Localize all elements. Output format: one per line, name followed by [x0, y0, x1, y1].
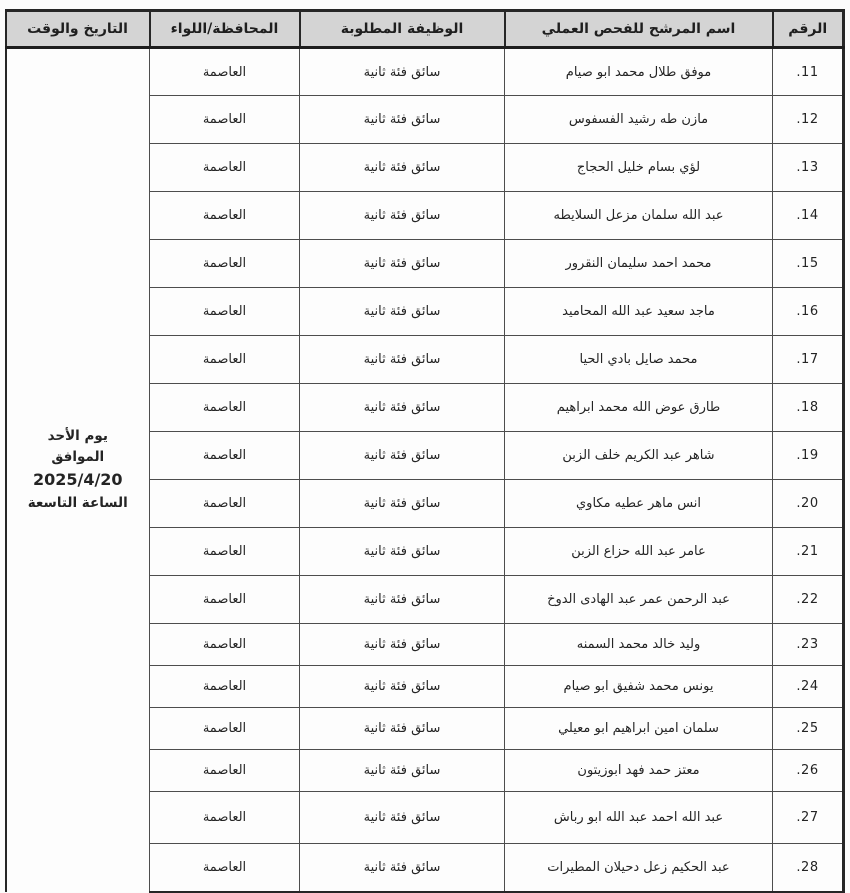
job-cell: سائق فئة ثانية: [300, 528, 505, 576]
job-cell: سائق فئة ثانية: [300, 708, 505, 750]
name-cell: وليد خالد محمد السمنه: [505, 624, 773, 666]
job-cell: سائق فئة ثانية: [300, 48, 505, 96]
datetime-line: الساعة التاسعة: [13, 493, 144, 514]
name-cell: يونس محمد شفيق ابو صيام: [505, 666, 773, 708]
header-number: الرقم: [773, 11, 844, 48]
table-row: 11.موفق طلال محمد ابو صيامسائق فئة ثانية…: [6, 48, 844, 96]
number-cell: 17.: [773, 336, 844, 384]
job-cell: سائق فئة ثانية: [300, 144, 505, 192]
governorate-cell: العاصمة: [150, 96, 300, 144]
name-cell: عبد الله احمد عبد الله ابو رباش: [505, 792, 773, 844]
governorate-cell: العاصمة: [150, 576, 300, 624]
job-cell: سائق فئة ثانية: [300, 96, 505, 144]
job-cell: سائق فئة ثانية: [300, 844, 505, 892]
governorate-cell: العاصمة: [150, 708, 300, 750]
name-cell: شاهر عبد الكريم خلف الزبن: [505, 432, 773, 480]
table-body: 11.موفق طلال محمد ابو صيامسائق فئة ثانية…: [6, 48, 844, 892]
job-cell: سائق فئة ثانية: [300, 240, 505, 288]
governorate-cell: العاصمة: [150, 792, 300, 844]
datetime-cell: يوم الأحدالموافق2025/4/20الساعة التاسعة: [6, 48, 150, 892]
number-cell: 26.: [773, 750, 844, 792]
name-cell: محمد احمد سليمان النقرور: [505, 240, 773, 288]
name-cell: طارق عوض الله محمد ابراهيم: [505, 384, 773, 432]
job-cell: سائق فئة ثانية: [300, 792, 505, 844]
datetime-line: الموافق: [13, 447, 144, 468]
header-datetime: التاريخ والوقت: [6, 11, 150, 48]
number-cell: 19.: [773, 432, 844, 480]
governorate-cell: العاصمة: [150, 336, 300, 384]
governorate-cell: العاصمة: [150, 384, 300, 432]
number-cell: 22.: [773, 576, 844, 624]
number-cell: 18.: [773, 384, 844, 432]
governorate-cell: العاصمة: [150, 750, 300, 792]
job-cell: سائق فئة ثانية: [300, 480, 505, 528]
job-cell: سائق فئة ثانية: [300, 288, 505, 336]
name-cell: مازن طه رشيد الفسفوس: [505, 96, 773, 144]
governorate-cell: العاصمة: [150, 432, 300, 480]
number-cell: 15.: [773, 240, 844, 288]
name-cell: لؤي بسام خليل الحجاج: [505, 144, 773, 192]
number-cell: 14.: [773, 192, 844, 240]
name-cell: انس ماهر عطيه مكاوي: [505, 480, 773, 528]
header-governorate: المحافظة/اللواء: [150, 11, 300, 48]
name-cell: ماجد سعيد عبد الله المحاميد: [505, 288, 773, 336]
name-cell: عبد الحكيم زعل دحيلان المطيرات: [505, 844, 773, 892]
governorate-cell: العاصمة: [150, 48, 300, 96]
job-cell: سائق فئة ثانية: [300, 336, 505, 384]
number-cell: 21.: [773, 528, 844, 576]
governorate-cell: العاصمة: [150, 480, 300, 528]
governorate-cell: العاصمة: [150, 844, 300, 892]
governorate-cell: العاصمة: [150, 528, 300, 576]
job-cell: سائق فئة ثانية: [300, 750, 505, 792]
name-cell: عبد الرحمن عمر عبد الهادى الدوخ: [505, 576, 773, 624]
number-cell: 12.: [773, 96, 844, 144]
job-cell: سائق فئة ثانية: [300, 432, 505, 480]
header-job: الوظيفة المطلوبة: [300, 11, 505, 48]
table-header: الرقم اسم المرشح للفحص العملي الوظيفة ال…: [6, 11, 844, 48]
number-cell: 16.: [773, 288, 844, 336]
number-cell: 24.: [773, 666, 844, 708]
governorate-cell: العاصمة: [150, 666, 300, 708]
name-cell: معتز حمد فهد ابوزيتون: [505, 750, 773, 792]
governorate-cell: العاصمة: [150, 192, 300, 240]
number-cell: 23.: [773, 624, 844, 666]
datetime-line: يوم الأحد: [13, 426, 144, 447]
name-cell: سلمان امين ابراهيم ابو معيلي: [505, 708, 773, 750]
candidates-table: الرقم اسم المرشح للفحص العملي الوظيفة ال…: [5, 9, 846, 893]
number-cell: 13.: [773, 144, 844, 192]
number-cell: 11.: [773, 48, 844, 96]
number-cell: 20.: [773, 480, 844, 528]
job-cell: سائق فئة ثانية: [300, 624, 505, 666]
name-cell: عبد الله سلمان مزعل السلايطه: [505, 192, 773, 240]
name-cell: محمد صايل بادي الحيا: [505, 336, 773, 384]
number-cell: 28.: [773, 844, 844, 892]
governorate-cell: العاصمة: [150, 240, 300, 288]
document-page: الرقم اسم المرشح للفحص العملي الوظيفة ال…: [0, 0, 850, 893]
name-cell: عامر عبد الله حزاع الزبن: [505, 528, 773, 576]
number-cell: 25.: [773, 708, 844, 750]
datetime-line: 2025/4/20: [13, 468, 144, 493]
name-cell: موفق طلال محمد ابو صيام: [505, 48, 773, 96]
header-name: اسم المرشح للفحص العملي: [505, 11, 773, 48]
job-cell: سائق فئة ثانية: [300, 666, 505, 708]
job-cell: سائق فئة ثانية: [300, 576, 505, 624]
job-cell: سائق فئة ثانية: [300, 384, 505, 432]
number-cell: 27.: [773, 792, 844, 844]
governorate-cell: العاصمة: [150, 288, 300, 336]
governorate-cell: العاصمة: [150, 144, 300, 192]
job-cell: سائق فئة ثانية: [300, 192, 505, 240]
header-row: الرقم اسم المرشح للفحص العملي الوظيفة ال…: [6, 11, 844, 48]
governorate-cell: العاصمة: [150, 624, 300, 666]
